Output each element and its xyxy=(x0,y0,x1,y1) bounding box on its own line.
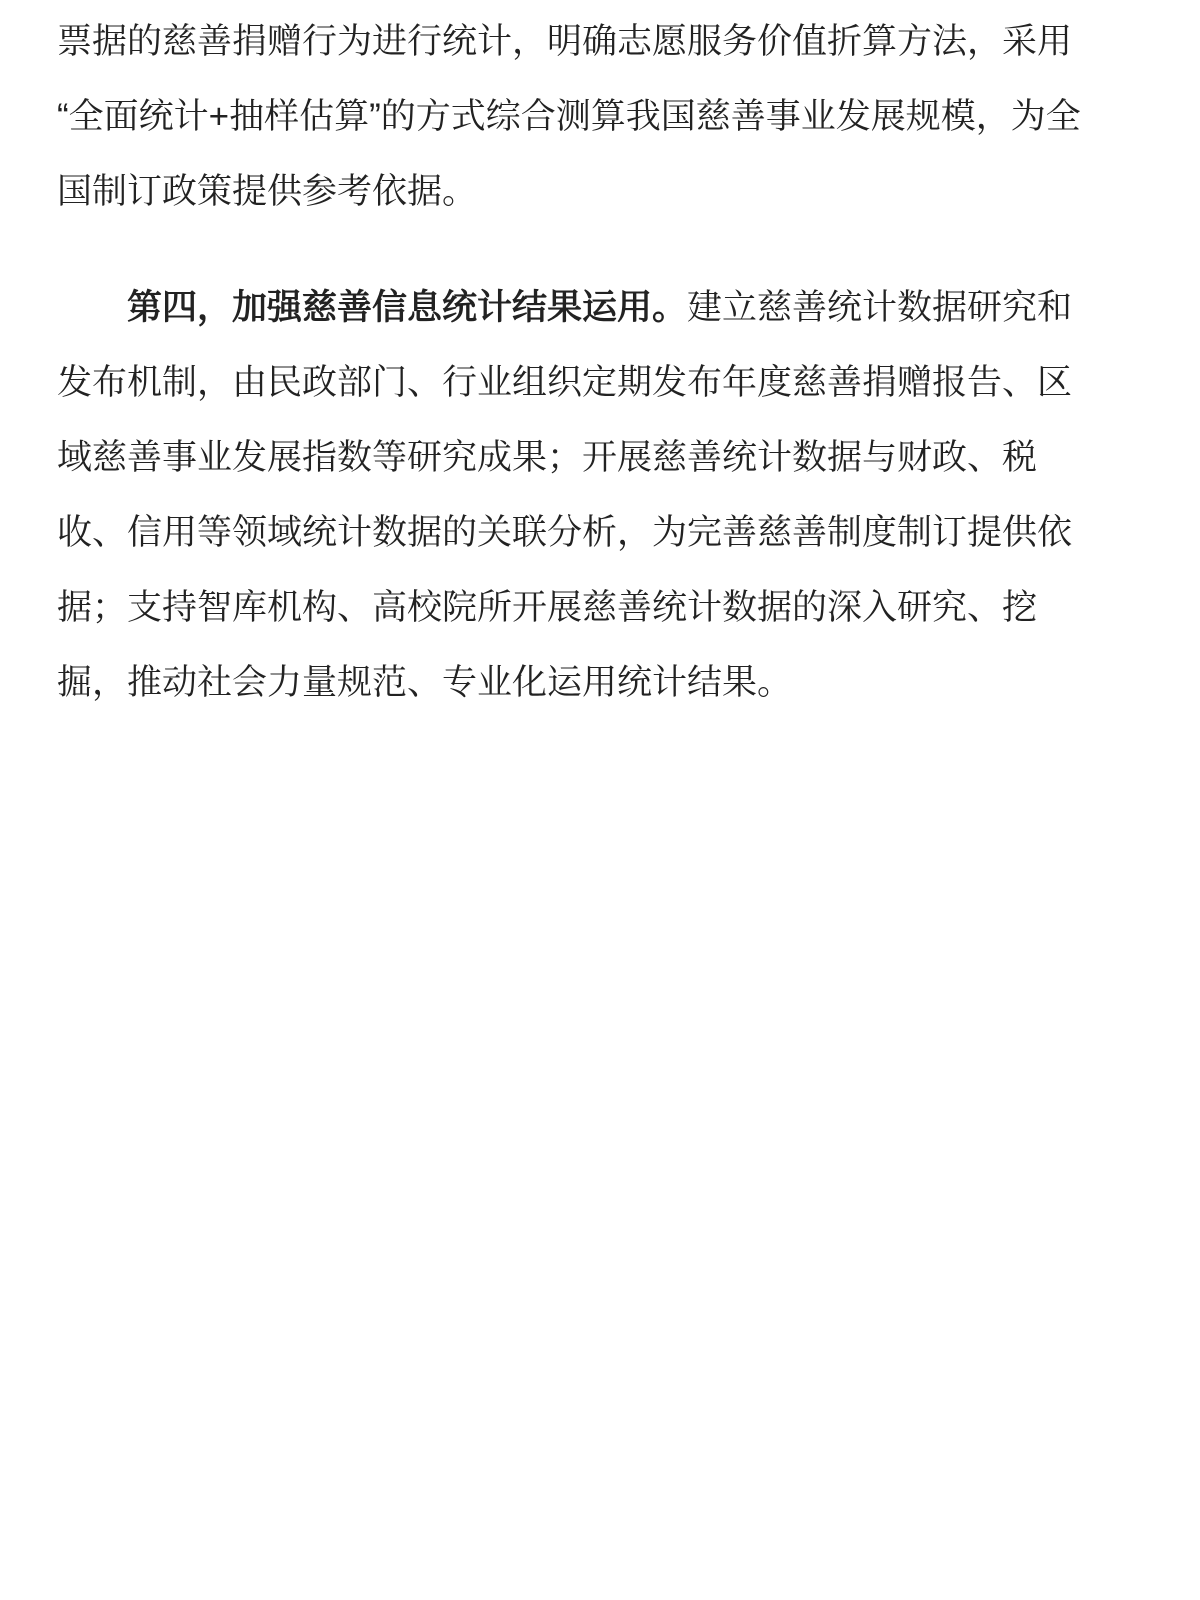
paragraph: 票据的慈善捐赠行为进行统计，明确志愿服务价值折算方法，采用“全面统计+抽样估算”… xyxy=(57,4,1143,229)
paragraph-text: 建立慈善统计数据研究和 xyxy=(687,288,1072,327)
text-line: 据；支持智库机构、高校院所开展慈善统计数据的深入研究、挖 xyxy=(57,570,1143,645)
text-line: 域慈善事业发展指数等研究成果；开展慈善统计数据与财政、税 xyxy=(57,420,1143,495)
paragraph-text: 收、信用等领域统计数据的关联分析，为完善慈善制度制订提供依 xyxy=(57,513,1072,552)
article-body: 票据的慈善捐赠行为进行统计，明确志愿服务价值折算方法，采用“全面统计+抽样估算”… xyxy=(0,0,1200,720)
paragraph-text: 票据的慈善捐赠行为进行统计，明确志愿服务价值折算方法，采用 xyxy=(57,22,1072,61)
document-page: 票据的慈善捐赠行为进行统计，明确志愿服务价值折算方法，采用“全面统计+抽样估算”… xyxy=(0,0,1200,1600)
text-line: 第四，加强慈善信息统计结果运用。建立慈善统计数据研究和 xyxy=(57,270,1143,345)
paragraph-text: 据；支持智库机构、高校院所开展慈善统计数据的深入研究、挖 xyxy=(57,588,1037,627)
text-line: 掘，推动社会力量规范、专业化运用统计结果。 xyxy=(57,645,1143,720)
paragraph-text: 域慈善事业发展指数等研究成果；开展慈善统计数据与财政、税 xyxy=(57,438,1037,477)
paragraph-text: 掘，推动社会力量规范、专业化运用统计结果。 xyxy=(57,663,792,702)
paragraph-text: “全面统计+抽样估算”的方式综合测算我国慈善事业发展规模，为全 xyxy=(57,97,1081,136)
paragraph: 第四，加强慈善信息统计结果运用。建立慈善统计数据研究和发布机制，由民政部门、行业… xyxy=(57,270,1143,720)
paragraph-text: 国制订政策提供参考依据。 xyxy=(57,172,477,211)
text-line: 收、信用等领域统计数据的关联分析，为完善慈善制度制订提供依 xyxy=(57,495,1143,570)
paragraph-text: 发布机制，由民政部门、行业组织定期发布年度慈善捐赠报告、区 xyxy=(57,363,1072,402)
text-line: “全面统计+抽样估算”的方式综合测算我国慈善事业发展规模，为全 xyxy=(57,79,1143,154)
text-line: 票据的慈善捐赠行为进行统计，明确志愿服务价值折算方法，采用 xyxy=(57,4,1143,79)
text-line: 发布机制，由民政部门、行业组织定期发布年度慈善捐赠报告、区 xyxy=(57,345,1143,420)
text-line: 国制订政策提供参考依据。 xyxy=(57,154,1143,229)
paragraph-lead-bold: 第四，加强慈善信息统计结果运用。 xyxy=(127,288,687,327)
